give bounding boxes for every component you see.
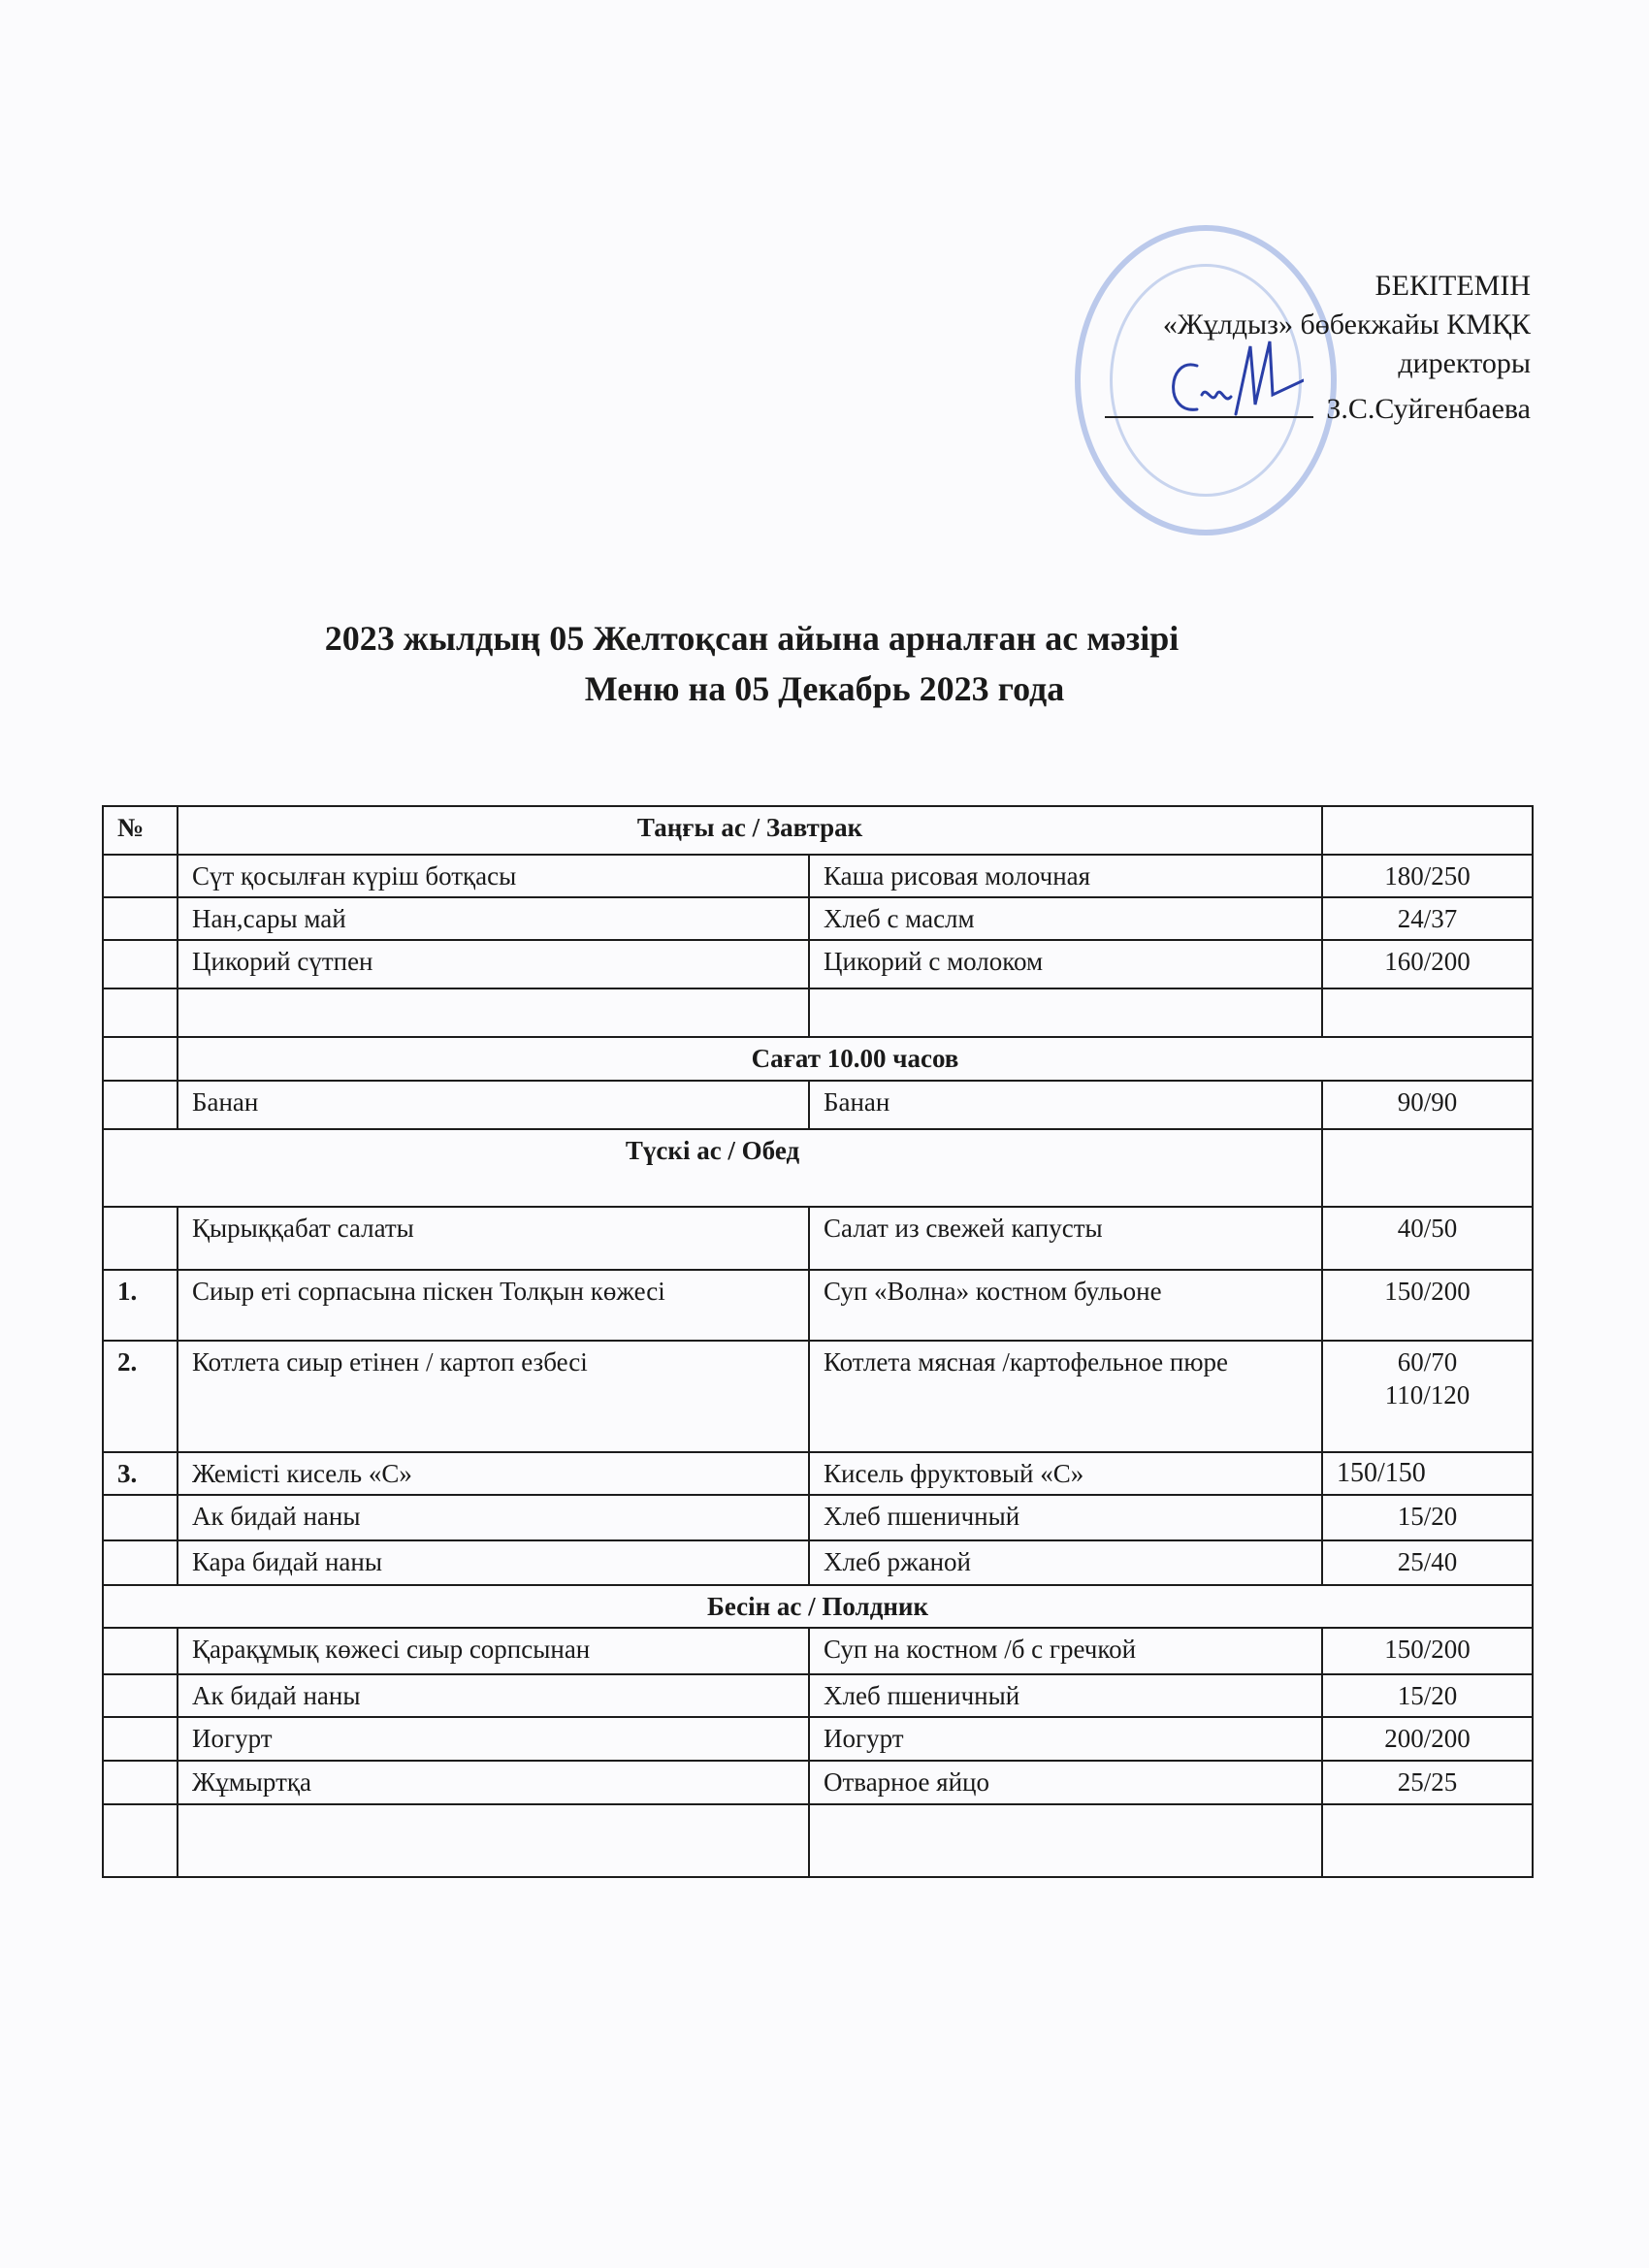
item-portion: 40/50 <box>1322 1207 1533 1270</box>
empty-cell <box>1322 806 1533 855</box>
item-name-kazakh: Сиыр еті сорпасына піскен Толқын көжесі <box>178 1270 809 1341</box>
item-portion: 90/90 <box>1322 1081 1533 1129</box>
portion-value: 180/250 <box>1337 859 1518 892</box>
menu-item-row: Кара бидай наныХлеб ржаной25/40 <box>103 1540 1533 1585</box>
item-portion: 150/200 <box>1322 1270 1533 1341</box>
item-portion: 150/200 <box>1322 1628 1533 1674</box>
item-name-russian: Хлеб пшеничный <box>809 1674 1322 1717</box>
item-portion: 160/200 <box>1322 940 1533 988</box>
portion-value: 25/40 <box>1337 1545 1518 1578</box>
item-name-russian: Кисель фруктовый «С» <box>809 1452 1322 1495</box>
section-breakfast: Таңғы ас / Завтрак <box>178 806 1322 855</box>
item-portion: 60/70110/120 <box>1322 1341 1533 1452</box>
item-name-kazakh <box>178 988 809 1037</box>
item-portion: 24/37 <box>1322 897 1533 940</box>
portion-value: 150/200 <box>1337 1633 1518 1666</box>
menu-item-row <box>103 1804 1533 1877</box>
item-name-kazakh <box>178 1804 809 1877</box>
item-name-kazakh: Қарақұмық көжесі сиыр сорпсынан <box>178 1628 809 1674</box>
item-name-russian: Иогурт <box>809 1717 1322 1761</box>
portion-value: 15/20 <box>1337 1679 1518 1712</box>
item-name-kazakh: Ак бидай наны <box>178 1495 809 1540</box>
item-name-kazakh: Жұмыртқа <box>178 1761 809 1804</box>
title-kazakh: 2023 жылдың 05 Желтоқсан айына арналған … <box>0 613 1649 664</box>
signature-line <box>1105 383 1313 418</box>
item-number <box>103 1761 178 1804</box>
item-name-kazakh: Кара бидай наны <box>178 1540 809 1585</box>
item-number <box>103 855 178 897</box>
menu-item-row: Ак бидай наныХлеб пшеничный15/20 <box>103 1495 1533 1540</box>
menu-item-row: Цикорий сүтпенЦикорий с молоком160/200 <box>103 940 1533 988</box>
item-number <box>103 1081 178 1129</box>
item-name-kazakh: Банан <box>178 1081 809 1129</box>
lunch-header-row: Түскі ас / Обед <box>103 1129 1533 1207</box>
item-number <box>103 1717 178 1761</box>
approval-block: БЕКІТЕМІН «Жұлдыз» бөбекжайы КМҚК директ… <box>1105 267 1531 429</box>
section-snack: Сағат 10.00 часов <box>178 1037 1533 1081</box>
menu-item-row: 2.Котлета сиыр етінен / картоп езбесіКот… <box>103 1341 1533 1452</box>
afternoon-header-row: Бесін ас / Полдник <box>103 1585 1533 1628</box>
signer-name: З.С.Суйгенбаева <box>1326 393 1531 425</box>
menu-item-row: Қырыққабат салаты Салат из свежей капуст… <box>103 1207 1533 1270</box>
menu-item-row: БананБанан90/90 <box>103 1081 1533 1129</box>
item-number <box>103 1804 178 1877</box>
portion-value: 15/20 <box>1337 1500 1518 1533</box>
item-name-russian: Котлета мясная /картофельное пюре <box>809 1341 1322 1452</box>
title-russian: Меню на 05 Декабрь 2023 года <box>0 664 1649 714</box>
menu-item-row: Сүт қосылған күріш ботқасыКаша рисовая м… <box>103 855 1533 897</box>
item-name-russian: Хлеб с маслм <box>809 897 1322 940</box>
portion-value: 25/25 <box>1337 1766 1518 1798</box>
item-name-russian: Каша рисовая молочная <box>809 855 1322 897</box>
item-name-kazakh: Сүт қосылған күріш ботқасы <box>178 855 809 897</box>
document-title: 2023 жылдың 05 Желтоқсан айына арналған … <box>0 613 1649 714</box>
menu-item-row: ЖұмыртқаОтварное яйцо25/25 <box>103 1761 1533 1804</box>
item-name-russian: Отварное яйцо <box>809 1761 1322 1804</box>
item-name-kazakh: Цикорий сүтпен <box>178 940 809 988</box>
menu-item-row: 3.Жемісті кисель «С»Кисель фруктовый «С»… <box>103 1452 1533 1495</box>
item-portion: 15/20 <box>1322 1674 1533 1717</box>
menu-item-row: Қарақұмық көжесі сиыр сорпсынанСуп на ко… <box>103 1628 1533 1674</box>
item-name-russian: Банан <box>809 1081 1322 1129</box>
item-name-kazakh: Қырыққабат салаты <box>178 1207 809 1270</box>
menu-item-row <box>103 988 1533 1037</box>
menu-item-row: Ак бидай наныХлеб пшеничный15/20 <box>103 1674 1533 1717</box>
menu-item-row: Нан,сары майХлеб с маслм24/37 <box>103 897 1533 940</box>
breakfast-header-row: № Таңғы ас / Завтрак <box>103 806 1533 855</box>
item-name-russian: Салат из свежей капусты <box>809 1207 1322 1270</box>
portion-value: 200/200 <box>1337 1722 1518 1755</box>
item-name-russian <box>809 988 1322 1037</box>
number-header: № <box>103 806 178 855</box>
item-number <box>103 988 178 1037</box>
portion-value: 60/70 <box>1337 1345 1518 1378</box>
item-name-russian: Хлеб ржаной <box>809 1540 1322 1585</box>
item-portion: 200/200 <box>1322 1717 1533 1761</box>
menu-item-row: ИогуртИогурт200/200 <box>103 1717 1533 1761</box>
signature-icon <box>1158 337 1304 424</box>
item-number: 1. <box>103 1270 178 1341</box>
item-portion <box>1322 1804 1533 1877</box>
item-portion: 15/20 <box>1322 1495 1533 1540</box>
item-name-kazakh: Котлета сиыр етінен / картоп езбесі <box>178 1341 809 1452</box>
menu-item-row: 1.Сиыр еті сорпасына піскен Толқын көжес… <box>103 1270 1533 1341</box>
item-number <box>103 1540 178 1585</box>
item-portion: 25/25 <box>1322 1761 1533 1804</box>
item-portion: 150/150 <box>1322 1452 1533 1495</box>
item-number <box>103 897 178 940</box>
item-portion: 25/40 <box>1322 1540 1533 1585</box>
item-number <box>103 940 178 988</box>
portion-value: 150/150 <box>1337 1457 1518 1490</box>
item-portion: 180/250 <box>1322 855 1533 897</box>
item-name-russian: Хлеб пшеничный <box>809 1495 1322 1540</box>
item-name-kazakh: Жемісті кисель «С» <box>178 1452 809 1495</box>
item-name-kazakh: Иогурт <box>178 1717 809 1761</box>
item-name-russian: Суп «Волна» костном бульоне <box>809 1270 1322 1341</box>
item-number <box>103 1207 178 1270</box>
item-name-russian: Суп на костном /б с гречкой <box>809 1628 1322 1674</box>
item-name-russian: Цикорий с молоком <box>809 940 1322 988</box>
item-portion <box>1322 988 1533 1037</box>
approved-label: БЕКІТЕМІН <box>1105 267 1531 306</box>
section-lunch: Түскі ас / Обед <box>103 1129 1322 1207</box>
portion-value: 110/120 <box>1337 1378 1518 1411</box>
item-number: 2. <box>103 1341 178 1452</box>
item-number <box>103 1628 178 1674</box>
item-number <box>103 1495 178 1540</box>
item-name-kazakh: Нан,сары май <box>178 897 809 940</box>
item-number <box>103 1674 178 1717</box>
portion-value: 40/50 <box>1337 1212 1518 1245</box>
item-name-kazakh: Ак бидай наны <box>178 1674 809 1717</box>
empty-cell <box>103 1037 178 1081</box>
menu-table: № Таңғы ас / Завтрак Сүт қосылған күріш … <box>102 805 1534 1878</box>
portion-value: 160/200 <box>1337 945 1518 978</box>
item-name-russian <box>809 1804 1322 1877</box>
empty-cell <box>1322 1129 1533 1207</box>
portion-value: 24/37 <box>1337 902 1518 935</box>
item-number: 3. <box>103 1452 178 1495</box>
portion-value: 150/200 <box>1337 1275 1518 1308</box>
portion-value: 90/90 <box>1337 1085 1518 1118</box>
section-afternoon: Бесін ас / Полдник <box>103 1585 1533 1628</box>
snack-header-row: Сағат 10.00 часов <box>103 1037 1533 1081</box>
